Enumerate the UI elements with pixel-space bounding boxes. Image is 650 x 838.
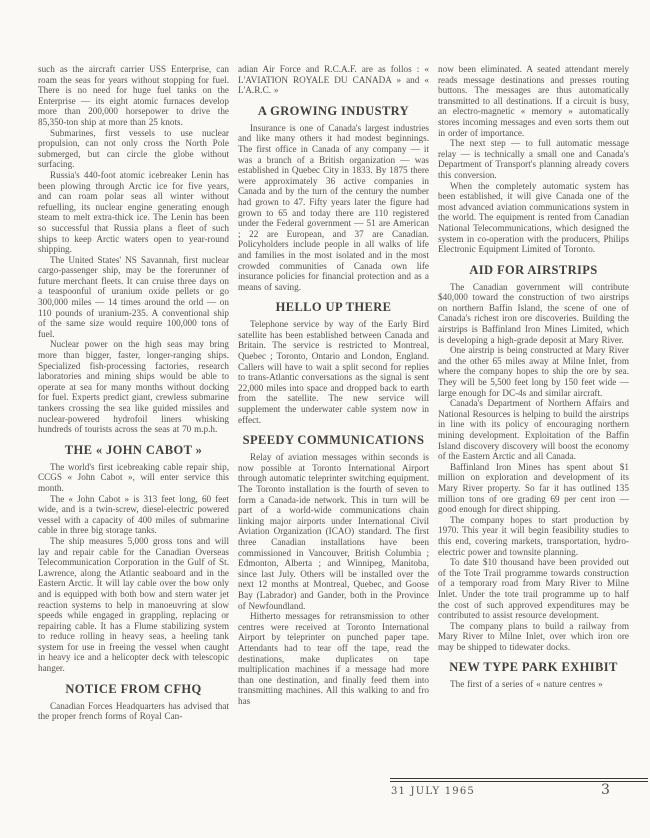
body-paragraph: The company hopes to start production by… [438, 515, 629, 557]
article-heading: AID FOR AIRSTRIPS [438, 264, 629, 277]
body-paragraph: The United States' NS Savannah, first nu… [38, 255, 229, 340]
body-paragraph: The world's first icebreaking cable repa… [38, 462, 229, 494]
body-paragraph: The « John Cabot » is 313 feet long, 60 … [38, 494, 229, 536]
body-paragraph: The ship measures 5,000 gross tons and w… [38, 536, 229, 674]
column-2: adian Air Force and R.C.A.F. are as foll… [238, 64, 429, 722]
body-paragraph: Russia's 440-foot atomic icebreaker Leni… [38, 170, 229, 255]
body-paragraph: Telephone service by way of the Early Bi… [238, 319, 429, 425]
body-paragraph: adian Air Force and R.C.A.F. are as foll… [238, 64, 429, 96]
article-heading: A GROWING INDUSTRY [238, 105, 429, 118]
body-paragraph: Relay of aviation messages within second… [238, 452, 429, 611]
body-paragraph: Insurance is one of Canada's largest ind… [238, 123, 429, 293]
footer-date: 31 JULY 1965 [391, 786, 475, 797]
magazine-page: such as the aircraft carrier USS Enterpr… [0, 0, 650, 838]
body-paragraph: now been eliminated. A seated attendant … [438, 64, 629, 138]
column-1: such as the aircraft carrier USS Enterpr… [38, 64, 229, 722]
body-paragraph: One airstrip is being constructed at Mar… [438, 345, 629, 398]
body-paragraph: Hitherto messages for retransmission to … [238, 611, 429, 706]
article-heading: NOTICE FROM CFHQ [38, 683, 229, 696]
body-paragraph: Nuclear power on the high seas may bring… [38, 339, 229, 434]
body-paragraph: When the completely automatic system has… [438, 181, 629, 255]
article-heading: SPEEDY COMMUNICATIONS [238, 434, 429, 447]
body-paragraph: Canada's Department of Northern Affairs … [438, 398, 629, 462]
body-paragraph: The next step — to full automatic messag… [438, 138, 629, 180]
column-3: now been eliminated. A seated attendant … [438, 64, 629, 722]
page-number: 3 [601, 782, 610, 798]
body-paragraph: The first of a series of « nature centre… [438, 679, 629, 690]
article-heading: THE « JOHN CABOT » [38, 444, 229, 457]
article-heading: HELLO UP THERE [238, 301, 429, 314]
body-paragraph: To date $10 thousand have been provided … [438, 557, 629, 621]
article-columns: such as the aircraft carrier USS Enterpr… [38, 64, 630, 722]
body-paragraph: Baffinland Iron Mines has spent about $1… [438, 462, 629, 515]
body-paragraph: The Canadian government will contribute … [438, 282, 629, 346]
body-paragraph: The company plans to build a railway fro… [438, 621, 629, 653]
body-paragraph: such as the aircraft carrier USS Enterpr… [38, 64, 229, 128]
article-heading: NEW TYPE PARK EXHIBIT [438, 661, 629, 674]
body-paragraph: Submarines, first vessels to use nuclear… [38, 128, 229, 170]
body-paragraph: Canadian Forces Headquarters has advised… [38, 701, 229, 722]
